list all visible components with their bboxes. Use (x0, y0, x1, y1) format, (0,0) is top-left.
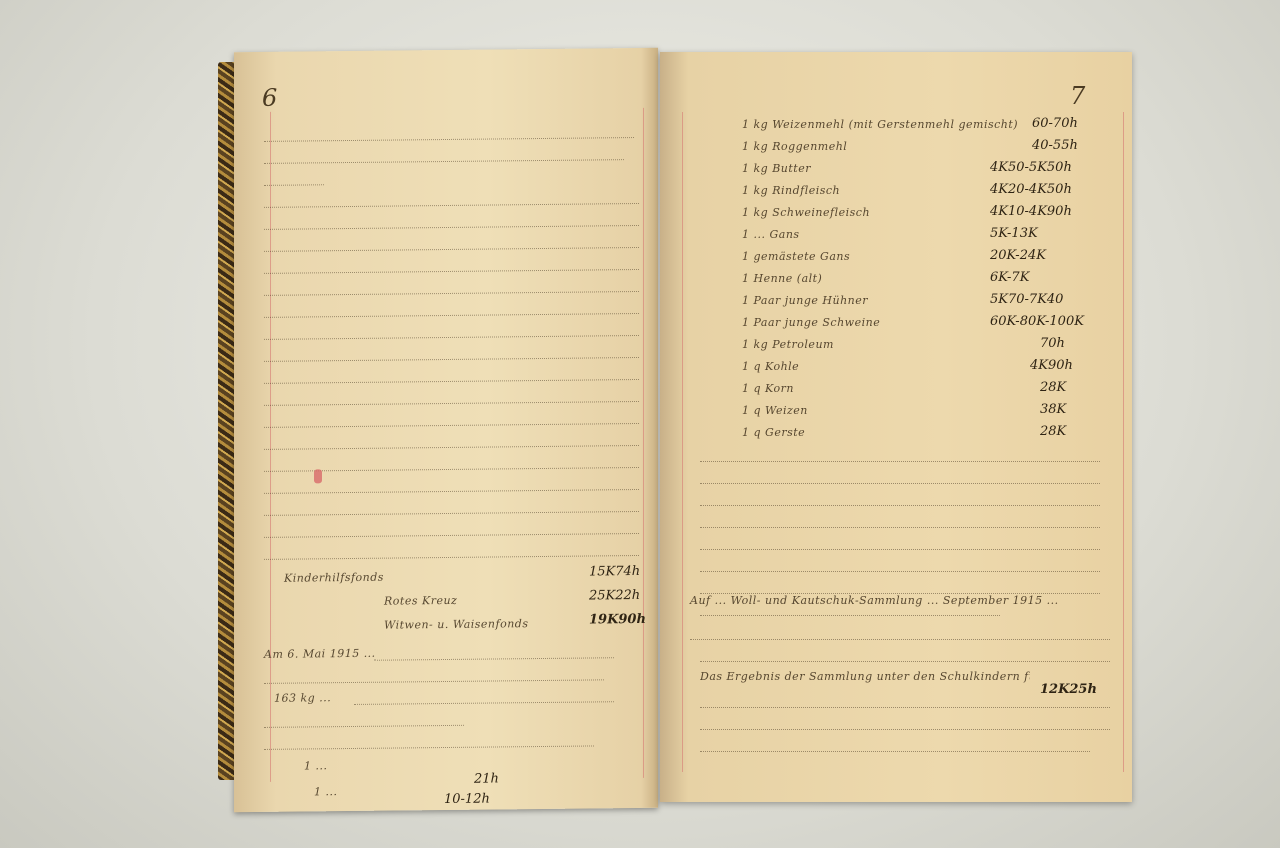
margin-line (643, 108, 644, 778)
price-item: 1 kg Rindfleisch (742, 184, 840, 197)
price-item: 1 q Gerste (742, 426, 805, 439)
price-item: 1 Henne (alt) (742, 272, 822, 285)
price-item: 1 Paar junge Hühner (742, 294, 868, 307)
collection-label: Kinderhilfsfonds (284, 571, 384, 585)
price-item: 1 q Weizen (742, 404, 808, 417)
price-value: 38K (1040, 402, 1066, 417)
price-value: 70h (1040, 336, 1065, 351)
collection-label: Rotes Kreuz (384, 594, 457, 608)
price-value: 6K-7K (990, 270, 1029, 285)
paragraph-text: Das Ergebnis der Sammlung unter den Schu… (700, 670, 1030, 683)
entry-line: 163 kg ... (274, 691, 331, 705)
price-item: 1 q Kohle (742, 360, 799, 373)
collection-amount: 19K90h (589, 612, 646, 628)
right-page: 7 1 kg Weizenmehl (mit Gerstenmehl gemis… (660, 52, 1132, 802)
price-value: 28K (1040, 424, 1066, 439)
price-item: 1 kg Butter (742, 162, 811, 175)
price-item: 1 kg Roggenmehl (742, 140, 847, 153)
price-value: 4K50-5K50h (990, 160, 1072, 175)
entry-line: Am 6. Mai 1915 ... (264, 647, 376, 661)
handwritten-text-block (234, 48, 658, 52)
price-value: 20K-24K (990, 248, 1046, 263)
entry-amount: 21h (474, 771, 499, 786)
collection-label: Witwen- u. Waisenfonds (384, 617, 528, 632)
price-value: 28K (1040, 380, 1066, 395)
page-number-right: 7 (1070, 82, 1085, 110)
price-item: 1 ... Gans (742, 228, 800, 241)
price-value: 4K10-4K90h (990, 204, 1072, 219)
price-value: 4K90h (1030, 358, 1073, 373)
page-number-left: 6 (262, 84, 277, 112)
price-item: 1 kg Petroleum (742, 338, 834, 351)
price-value: 5K70-7K40 (990, 292, 1063, 307)
entry-amount: 10-12h (444, 792, 490, 807)
red-ink-stain (314, 469, 322, 483)
price-item: 1 q Korn (742, 382, 794, 395)
left-page: 6 Kinderhilfsfonds 15K74h Rotes Kreuz 25… (234, 48, 658, 812)
price-value: 60-70h (1032, 116, 1078, 131)
september-amount: 12K25h (1040, 682, 1097, 697)
price-item: 1 kg Schweinefleisch (742, 206, 870, 219)
paragraph-text: Auf ... Woll- und Kautschuk-Sammlung ...… (690, 594, 1059, 607)
price-value: 40-55h (1032, 138, 1078, 153)
entry-line: 1 ... (314, 785, 338, 798)
collection-amount: 15K74h (589, 564, 640, 580)
collection-amount: 25K22h (589, 588, 640, 604)
price-item: 1 Paar junge Schweine (742, 316, 880, 329)
price-item: 1 gemästete Gans (742, 250, 850, 263)
price-item: 1 kg Weizenmehl (mit Gerstenmehl gemisch… (742, 118, 1018, 131)
price-value: 60K-80K-100K (990, 314, 1084, 329)
price-value: 5K-13K (990, 226, 1038, 241)
entry-line: 1 ... (304, 759, 328, 772)
margin-line (1123, 112, 1124, 772)
margin-line (682, 112, 683, 772)
price-value: 4K20-4K50h (990, 182, 1072, 197)
